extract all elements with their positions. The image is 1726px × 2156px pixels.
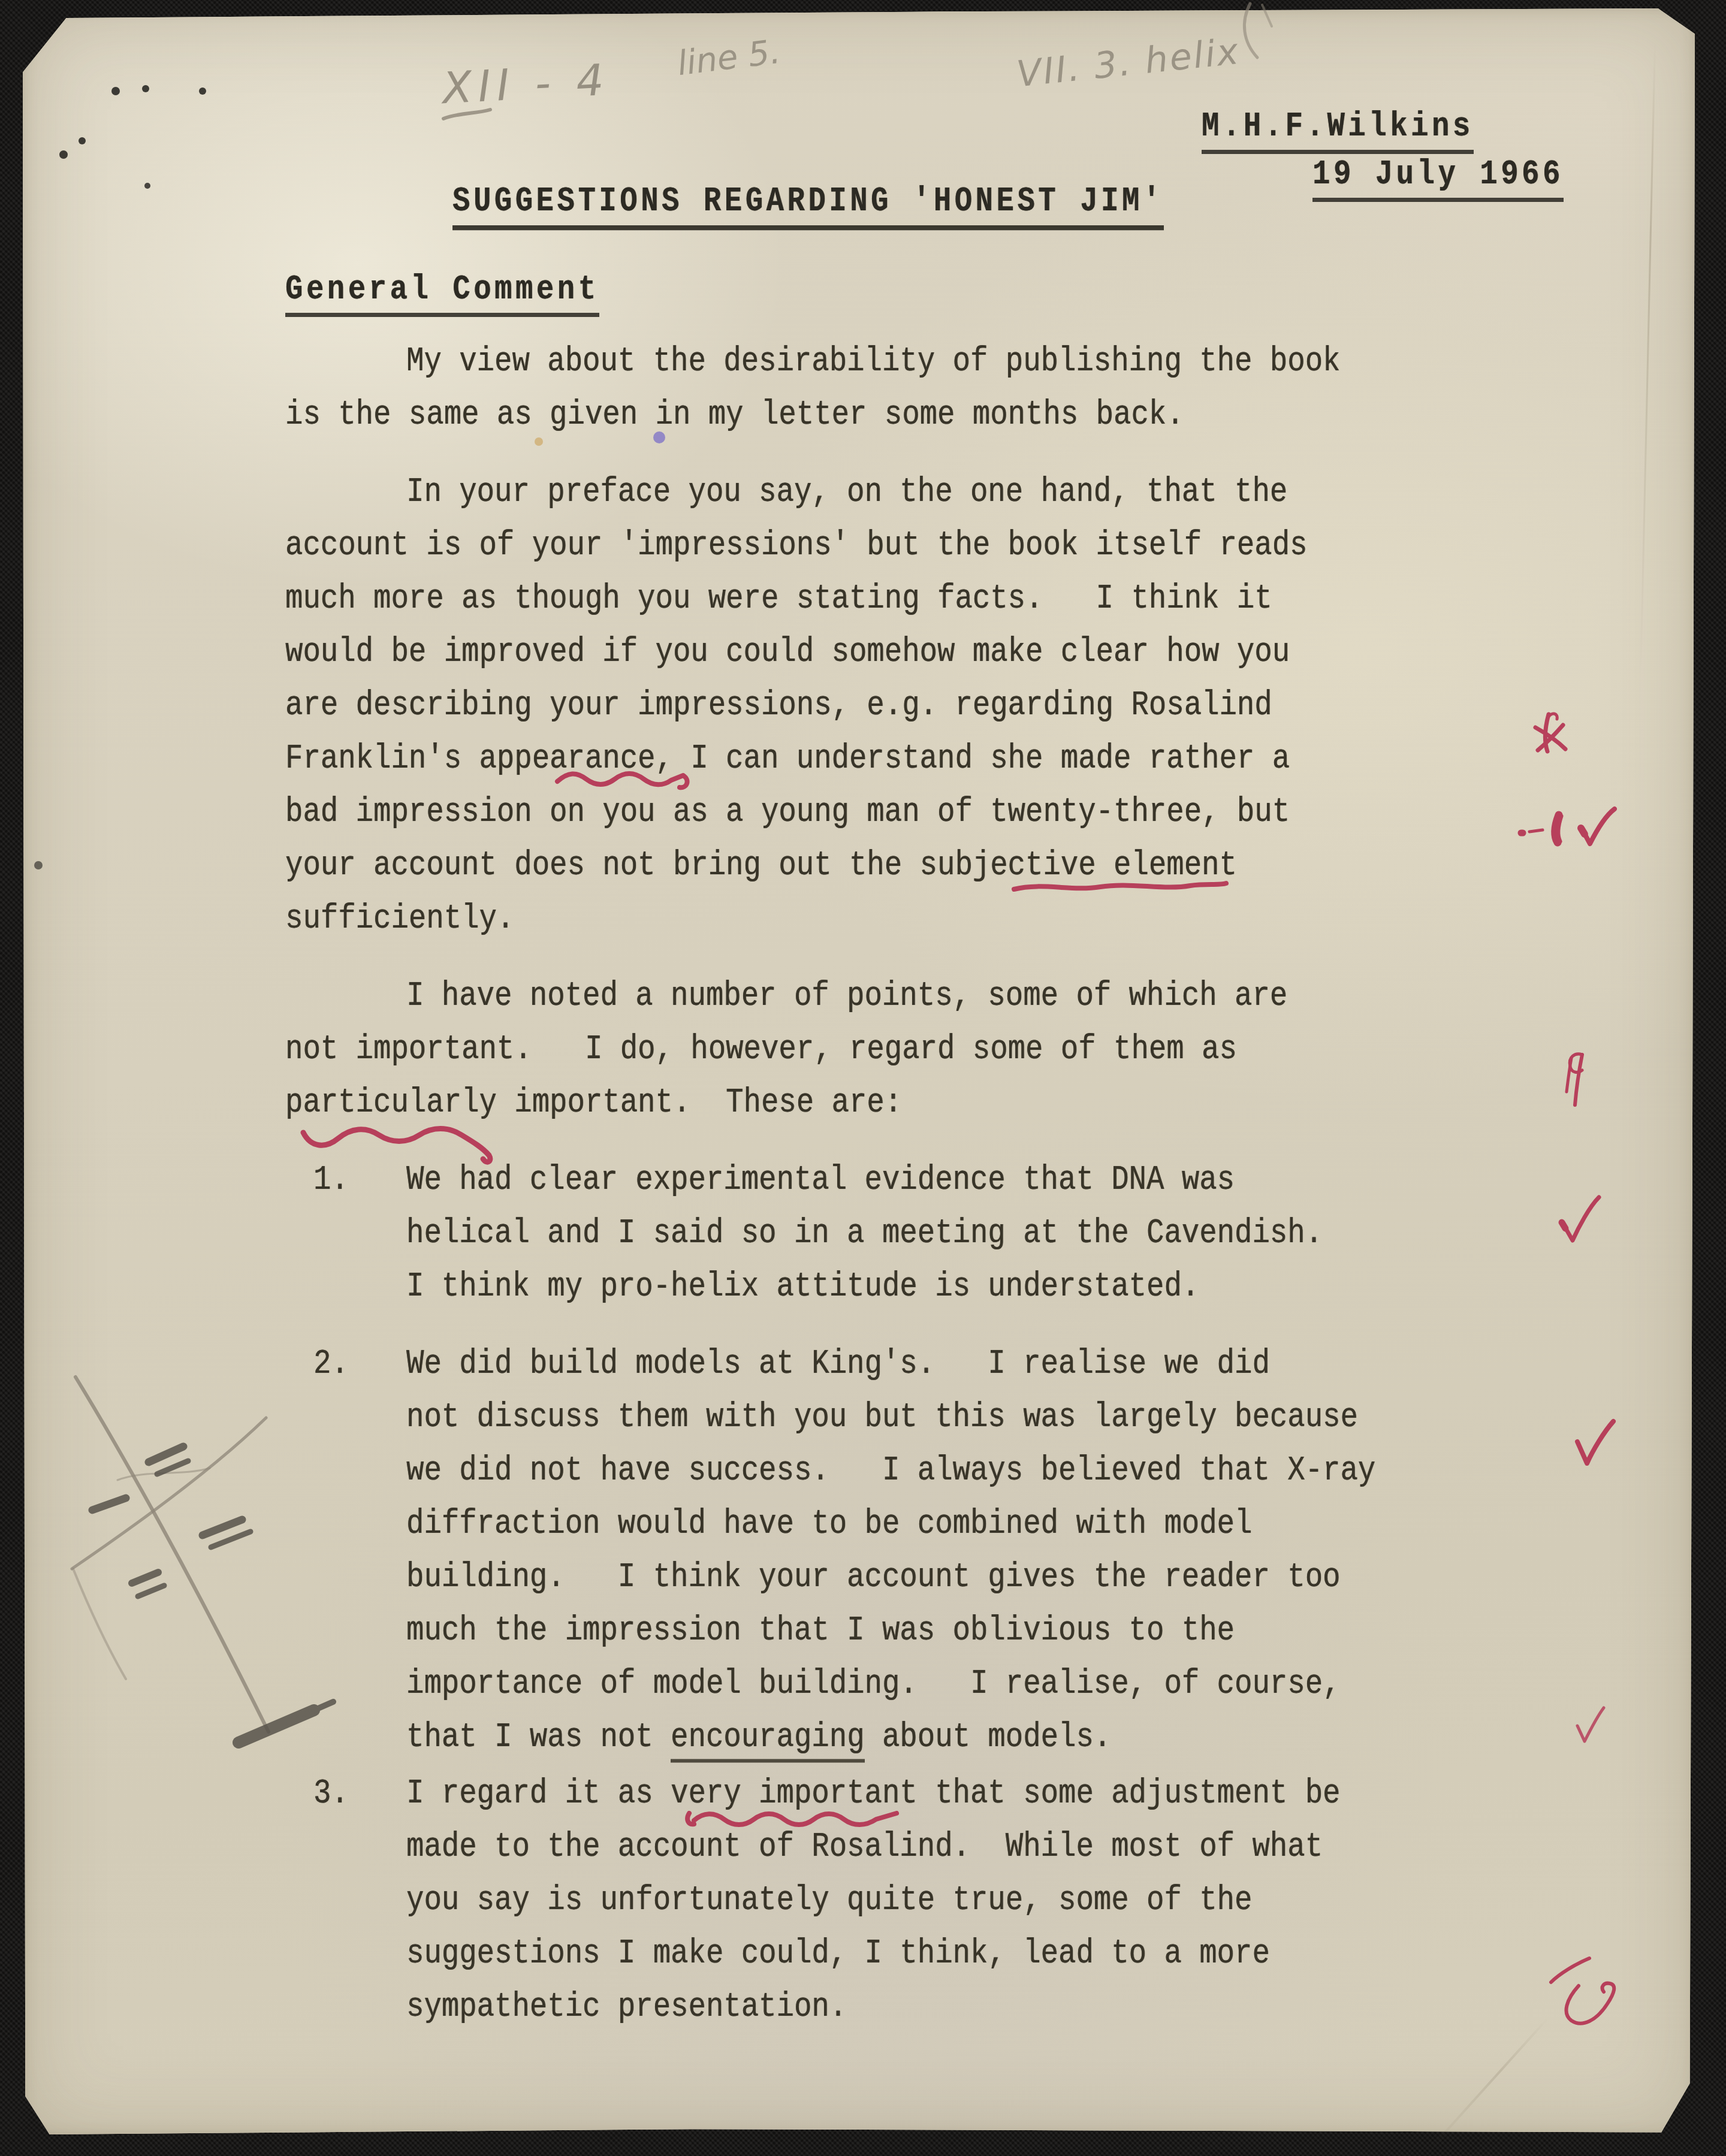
typed-line: sympathetic presentation. (406, 1987, 847, 2026)
typed-line: helical and I said so in a meeting at th… (406, 1213, 1323, 1252)
list-number: 2. (313, 1344, 349, 1383)
document-page (23, 8, 1695, 2134)
text-segment: that I was not (406, 1717, 671, 1756)
typed-line: suggestions I make could, I think, lead … (406, 1934, 1270, 1973)
typed-line: not discuss them with you but this was l… (406, 1397, 1358, 1436)
typed-line: we did not have success. I always believ… (406, 1451, 1375, 1490)
list-number: 1. (313, 1160, 349, 1199)
underlined-word: encouraging (671, 1717, 864, 1762)
document-date: 19 July 1966 (1312, 155, 1564, 202)
typed-line: I think my pro-helix attitude is underst… (406, 1267, 1199, 1306)
scanned-letter-on-black-cloth: { "document": { "author": "M.H.F.Wilkins… (0, 0, 1726, 2156)
typed-line: is the same as given in my letter some m… (285, 395, 1184, 434)
typed-line: that I was not encouraging about models. (406, 1717, 1111, 1756)
typed-line: your account does not bring out the subj… (285, 846, 1237, 884)
typed-line: We did build models at King's. I realise… (406, 1344, 1270, 1383)
typed-line: would be improved if you could somehow m… (285, 632, 1290, 671)
text-segment: about models. (865, 1717, 1112, 1756)
typed-line: Franklin's appearance, I can understand … (285, 739, 1290, 778)
typed-line: you say is unfortunately quite true, som… (406, 1880, 1252, 1919)
typed-line: sufficiently. (285, 899, 514, 938)
typed-line: much the impression that I was oblivious… (406, 1611, 1235, 1650)
typed-line: particularly important. These are: (285, 1083, 902, 1122)
typed-line: My view about the desirability of publis… (406, 342, 1340, 381)
typed-line: building. I think your account gives the… (406, 1557, 1340, 1596)
typed-line: bad impression on you as a young man of … (285, 792, 1290, 831)
document-title: SUGGESTIONS REGARDING 'HONEST JIM' (452, 182, 1164, 230)
typed-line: much more as though you were stating fac… (285, 579, 1272, 618)
pencil-annotation-left: XII - 4 (441, 55, 611, 114)
typed-line: importance of model building. I realise,… (406, 1664, 1340, 1703)
typed-line: I regard it as very important that some … (406, 1774, 1340, 1813)
typed-line: I have noted a number of points, some of… (406, 976, 1287, 1015)
list-number: 3. (313, 1774, 349, 1813)
section-heading: General Comment (285, 270, 599, 317)
typed-line: We had clear experimental evidence that … (406, 1160, 1235, 1199)
typed-line: In your preface you say, on the one hand… (406, 472, 1287, 511)
author-name: M.H.F.Wilkins (1202, 107, 1474, 154)
typed-line: account is of your 'impressions' but the… (285, 526, 1307, 564)
typed-line: made to the account of Rosalind. While m… (406, 1827, 1323, 1866)
typed-line: are describing your impressions, e.g. re… (285, 686, 1272, 724)
typed-line: not important. I do, however, regard som… (285, 1029, 1237, 1068)
typed-line: diffraction would have to be combined wi… (406, 1504, 1252, 1543)
